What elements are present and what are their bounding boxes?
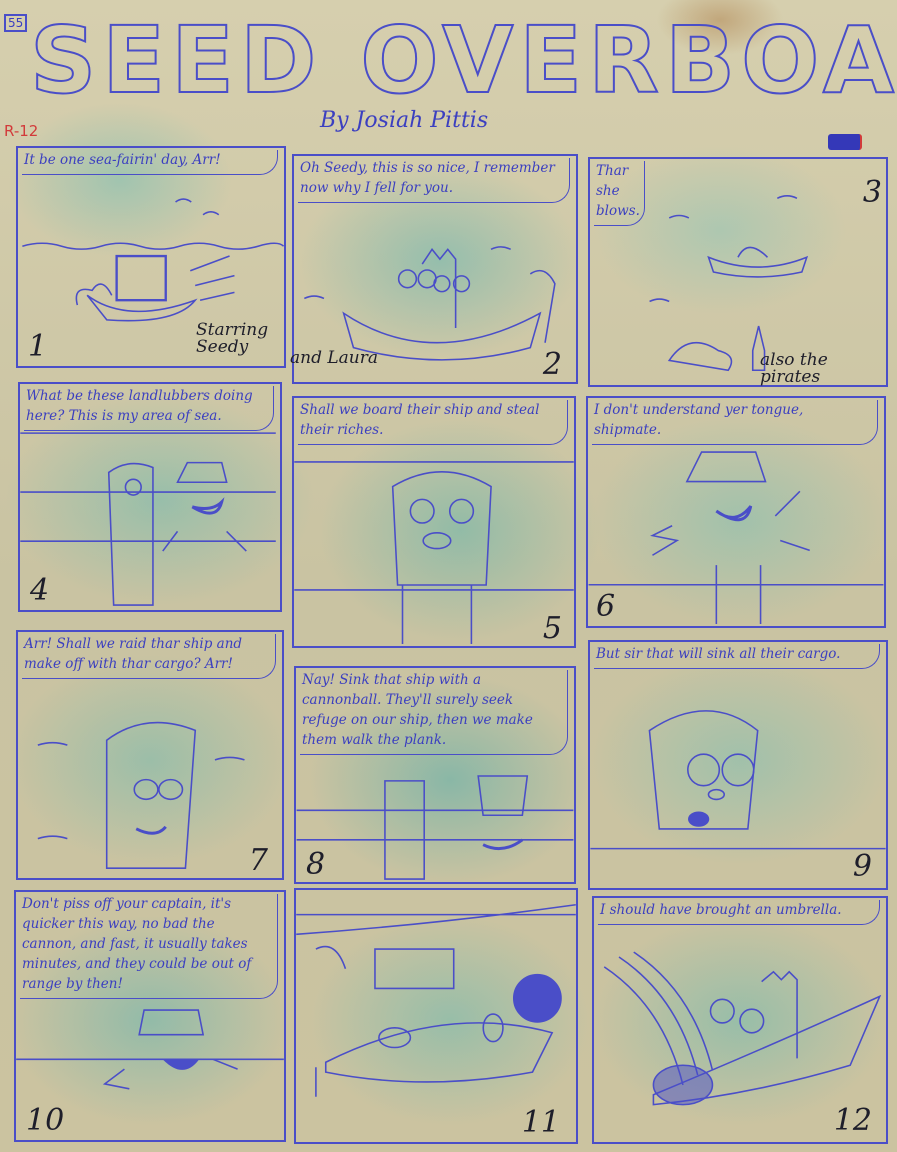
panel-number: 11 [522, 1105, 560, 1140]
panel-number: 12 [834, 1103, 872, 1138]
speech-bubble: What be these landlubbers doing here? Th… [24, 386, 274, 431]
speech-bubble: I should have brought an umbrella. [598, 900, 880, 925]
byline: By Josiah Pittis [320, 108, 488, 133]
speech-bubble: Don't piss off your captain, it's quicke… [20, 894, 278, 999]
page-number: 55 [4, 14, 27, 32]
speech-bubble: Nay! Sink that ship with a cannonball. T… [300, 670, 568, 755]
credit-and: and Laura [290, 350, 380, 367]
rating-mark: R-12 [4, 122, 38, 140]
ink-stamp-icon [828, 134, 862, 150]
credit-starring: Starring Seedy [196, 322, 286, 356]
speech-bubble: Oh Seedy, this is so nice, I remember no… [298, 158, 570, 203]
panel-number: 6 [596, 589, 615, 624]
panel-number: 5 [543, 611, 562, 646]
panel-10: Don't piss off your captain, it's quicke… [14, 890, 286, 1142]
panel-number: 1 [28, 329, 47, 364]
panel-number: 9 [853, 849, 872, 884]
comic-title: SEED OVERBOARD [30, 8, 890, 113]
panel-number: 8 [306, 847, 325, 882]
panel-9: But sir that will sink all their cargo. … [588, 640, 888, 890]
panel-number: 4 [30, 573, 49, 608]
panel-number: 10 [26, 1103, 64, 1138]
panel-12: I should have brought an umbrella. 12 [592, 896, 888, 1144]
speech-bubble: But sir that will sink all their cargo. [594, 644, 880, 669]
speech-bubble: Shall we board their ship and steal thei… [298, 400, 568, 445]
panel-number: 2 [543, 347, 562, 382]
panel-number: 3 [863, 175, 882, 210]
speech-bubble: Thar she blows. [594, 161, 645, 226]
comic-page: 55 SEED OVERBOARD R-12 By Josiah Pittis … [0, 0, 897, 1152]
panel-4: What be these landlubbers doing here? Th… [18, 382, 282, 612]
panel-8: Nay! Sink that ship with a cannonball. T… [294, 666, 576, 884]
panel-7: Arr! Shall we raid thar ship and make of… [16, 630, 284, 880]
worried-cat-icon [590, 642, 886, 888]
credit-also: also the pirates [760, 352, 890, 386]
panel-5: Shall we board their ship and steal thei… [292, 396, 576, 648]
panel-11: 11 [294, 888, 578, 1144]
speech-bubble: I don't understand yer tongue, shipmate. [592, 400, 878, 445]
speech-bubble: Arr! Shall we raid thar ship and make of… [22, 634, 276, 679]
panel-number: 7 [249, 843, 268, 878]
panel-6: I don't understand yer tongue, shipmate.… [586, 396, 886, 628]
speech-bubble: It be one sea-fairin' day, Arr! [22, 150, 278, 175]
